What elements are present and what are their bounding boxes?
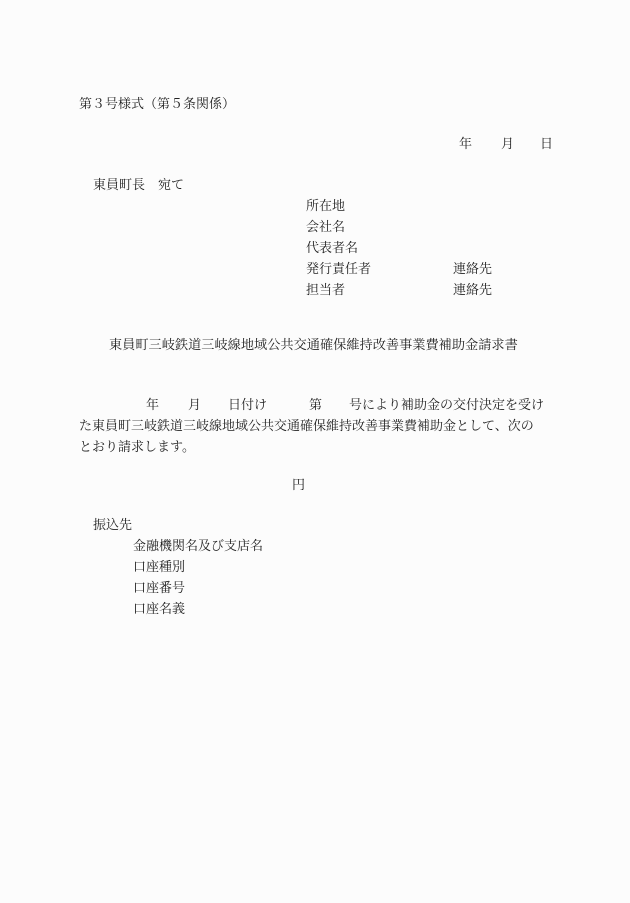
bank-item-institution: 金融機関名及び支店名: [93, 536, 263, 557]
addressee: 東員町長 宛て: [93, 177, 184, 195]
bank-item-account-holder: 口座名義: [93, 599, 263, 620]
applicant-field-representative: 代表者名: [306, 238, 371, 259]
contact-label: 連絡先: [453, 259, 492, 280]
date-month-label: 月: [501, 136, 514, 154]
body-line-3: とおり請求します。: [79, 437, 551, 458]
contact-label: 連絡先: [453, 280, 492, 301]
applicant-field-address: 所在地: [306, 196, 371, 217]
date-day-label: 日: [540, 136, 553, 154]
body-line-2: た東員町三岐鉄道三岐線地域公共交通確保維持改善事業費補助金として、次の: [79, 416, 551, 437]
applicant-field-person-in-charge: 担当者 連絡先: [306, 280, 371, 301]
applicant-field-issuer: 発行責任者 連絡先: [306, 259, 371, 280]
body-line-2-text: た東員町三岐鉄道三岐線地域公共交通確保維持改善事業費補助金として、次の: [79, 416, 534, 437]
applicant-field-company: 会社名: [306, 217, 371, 238]
body-line-1: 年 月 日付け 第 号により補助金の交付決定を受け: [79, 395, 551, 416]
form-number: 第３号様式（第５条関係）: [79, 96, 235, 114]
bank-heading: 振込先: [93, 515, 263, 536]
body-year-label: 年: [146, 395, 159, 416]
field-label: 所在地: [306, 199, 345, 214]
bank-transfer-block: 振込先 金融機関名及び支店名 口座種別 口座番号 口座名義: [93, 515, 263, 620]
bank-item-account-type: 口座種別: [93, 557, 263, 578]
date-line: 年 月 日: [0, 136, 630, 154]
field-label: 担当者: [306, 283, 345, 298]
amount-unit: 円: [292, 477, 305, 495]
body-line-3-text: とおり請求します。: [79, 437, 195, 458]
body-line-1-rest: 号により補助金の交付決定を受け: [349, 395, 544, 416]
body-paragraph: 年 月 日付け 第 号により補助金の交付決定を受け た東員町三岐鉄道三岐線地域公…: [79, 395, 551, 458]
field-label: 代表者名: [306, 241, 358, 256]
body-day-label: 日付け: [228, 395, 267, 416]
date-year-label: 年: [459, 136, 472, 154]
bank-item-account-number: 口座番号: [93, 578, 263, 599]
field-label: 会社名: [306, 220, 345, 235]
field-label: 発行責任者: [306, 262, 371, 277]
body-month-label: 月: [188, 395, 201, 416]
body-number-prefix: 第: [309, 395, 322, 416]
document-title: 東員町三岐鉄道三岐線地域公共交通確保維持改善事業費補助金請求書: [109, 337, 518, 355]
applicant-block: 所在地 会社名 代表者名 発行責任者 連絡先 担当者 連絡先: [306, 196, 371, 301]
